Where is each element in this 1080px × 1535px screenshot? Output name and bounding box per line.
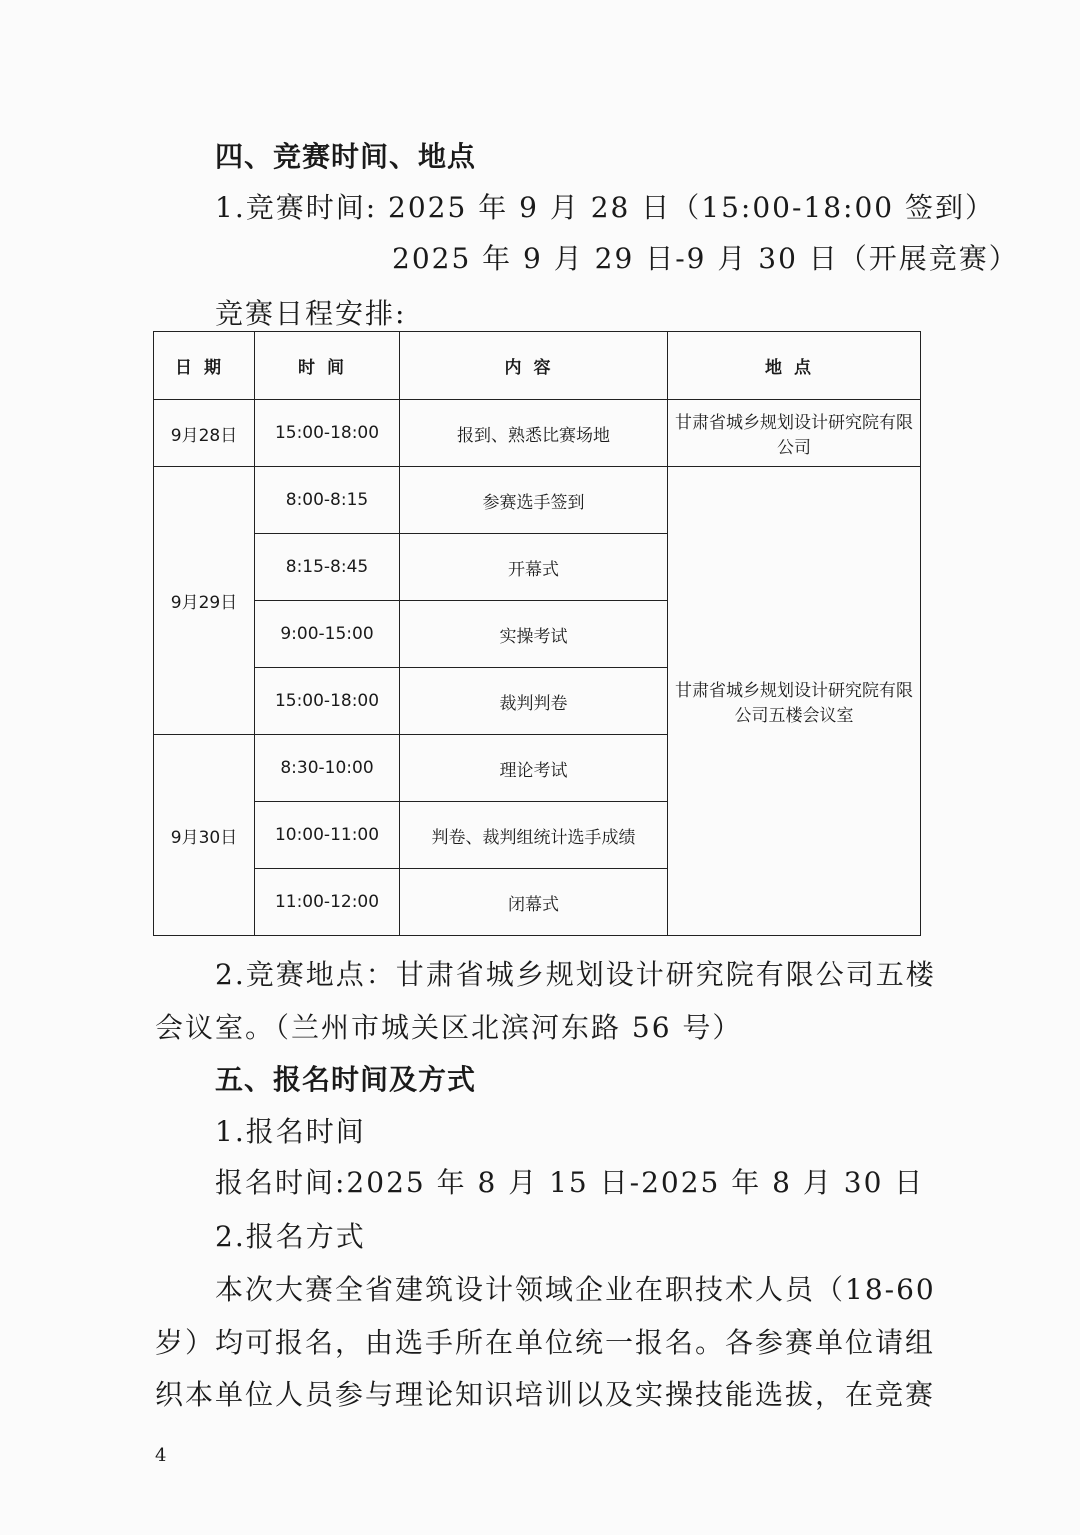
cell-content: 报到、熟悉比赛场地 (400, 400, 668, 467)
header-content: 内容 (400, 332, 668, 400)
competition-time-line1: 1.竞赛时间: 2025 年 9 月 28 日（15:00-18:00 签到） (215, 188, 995, 228)
cell-content: 实操考试 (400, 601, 668, 668)
registration-time: 报名时间:2025 年 8 月 15 日-2025 年 8 月 30 日 (215, 1163, 924, 1203)
section4-heading: 四、竞赛时间、地点 (215, 137, 476, 177)
cell-location: 甘肃省城乡规划设计研究院有限公司五楼会议室 (668, 467, 921, 936)
registration-time-subheading: 1.报名时间 (215, 1112, 366, 1152)
registration-paragraph-line3: 织本单位人员参与理论知识培训以及实操技能选拔，在竞赛 (155, 1375, 935, 1415)
cell-time: 11:00-12:00 (255, 869, 400, 936)
header-date: 日期 (154, 332, 255, 400)
cell-time: 8:00-8:15 (255, 467, 400, 534)
table-header-row: 日期 时间 内容 地点 (154, 332, 921, 400)
cell-content: 开幕式 (400, 534, 668, 601)
cell-location: 甘肃省城乡规划设计研究院有限公司 (668, 400, 921, 467)
table-row: 9月28日 15:00-18:00 报到、熟悉比赛场地 甘肃省城乡规划设计研究院… (154, 400, 921, 467)
table-row: 9月29日 8:00-8:15 参赛选手签到 甘肃省城乡规划设计研究院有限公司五… (154, 467, 921, 534)
cell-content: 理论考试 (400, 735, 668, 802)
cell-time: 10:00-11:00 (255, 802, 400, 869)
competition-place-line1: 2.竞赛地点：甘肃省城乡规划设计研究院有限公司五楼 (215, 955, 936, 995)
registration-paragraph-line1: 本次大赛全省建筑设计领域企业在职技术人员（18-60 (215, 1270, 936, 1310)
cell-date: 9月30日 (154, 735, 255, 936)
cell-content: 闭幕式 (400, 869, 668, 936)
registration-paragraph-line2: 岁）均可报名，由选手所在单位统一报名。各参赛单位请组 (155, 1323, 935, 1363)
cell-date: 9月28日 (154, 400, 255, 467)
cell-time: 15:00-18:00 (255, 668, 400, 735)
cell-content: 参赛选手签到 (400, 467, 668, 534)
schedule-table: 日期 时间 内容 地点 9月28日 15:00-18:00 报到、熟悉比赛场地 … (153, 331, 921, 936)
competition-time-line2: 2025 年 9 月 29 日-9 月 30 日（开展竞赛） (392, 239, 1019, 279)
cell-time: 9:00-15:00 (255, 601, 400, 668)
competition-place-line2: 会议室。（兰州市城关区北滨河东路 56 号） (155, 1008, 742, 1048)
page-number: 4 (155, 1445, 166, 1466)
cell-time: 8:30-10:00 (255, 735, 400, 802)
section5-heading: 五、报名时间及方式 (215, 1060, 476, 1100)
header-time: 时间 (255, 332, 400, 400)
cell-content: 判卷、裁判组统计选手成绩 (400, 802, 668, 869)
cell-date: 9月29日 (154, 467, 255, 735)
schedule-label: 竞赛日程安排: (215, 294, 406, 334)
cell-time: 8:15-8:45 (255, 534, 400, 601)
cell-content: 裁判判卷 (400, 668, 668, 735)
header-location: 地点 (668, 332, 921, 400)
cell-time: 15:00-18:00 (255, 400, 400, 467)
registration-method-subheading: 2.报名方式 (215, 1217, 366, 1257)
